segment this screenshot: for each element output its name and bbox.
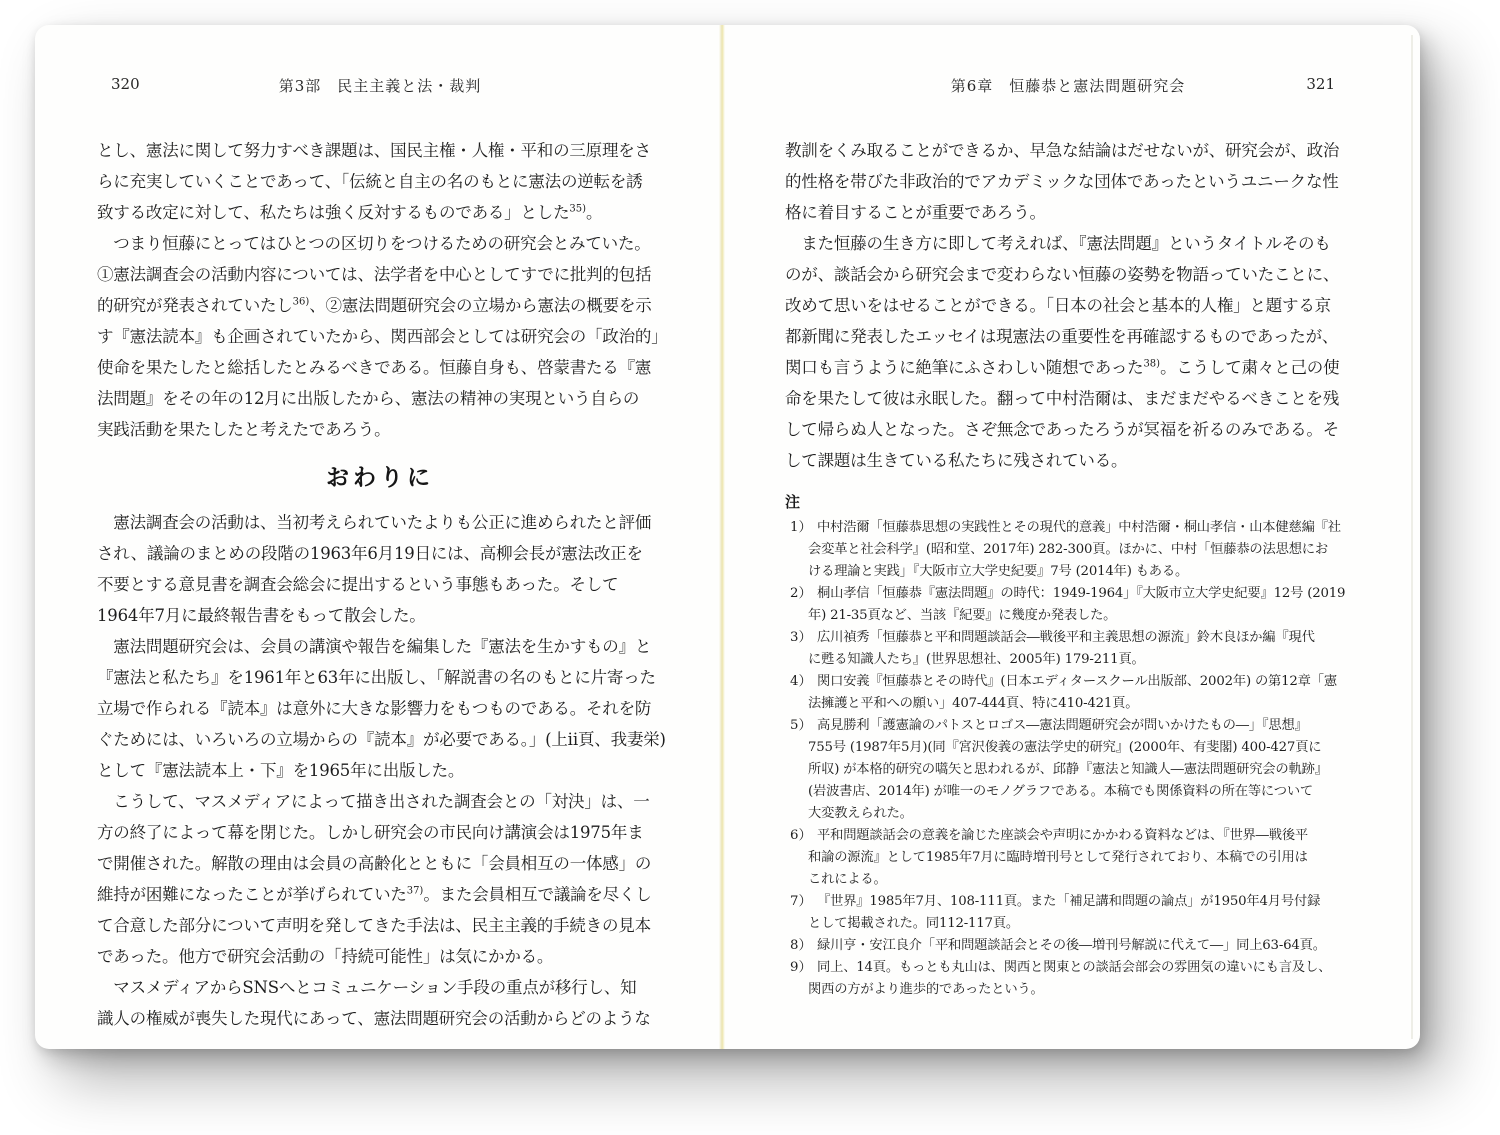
footnote-line: 年) 21-35頁など、当該『紀要』に幾度か発表した。	[808, 605, 1351, 627]
text-line: して帰らぬ人となった。さぞ無念であったろうが冥福を祈るのみである。そ	[785, 414, 1351, 445]
paragraph: とし、憲法に関して努力すべき課題は、国民主権・人権・平和の三原理をさらに充実して…	[97, 135, 663, 228]
paragraph: つまり恒藤にとってはひとつの区切りをつけるための研究会とみていた。①憲法調査会の…	[97, 228, 663, 445]
footnote-number: 4）	[790, 671, 817, 693]
footnote-line: 所収) が本格的研究の嚆矢と思われるが、邱静『憲法と知識人―憲法問題研究会の軌跡…	[808, 759, 1351, 781]
text-line: で開催された。解散の理由は会員の高齢化とともに「会員相互の一体感」の	[97, 848, 663, 879]
text-line: であった。他方で研究会活動の「持続可能性」は気にかかる。	[97, 941, 663, 972]
footnote: 8）緑川亨・安江良介「平和問題談話会とその後―増刊号解説に代えて―」同上63-6…	[790, 935, 1351, 957]
text-line: 的研究が発表されていたし36)、②憲法問題研究会の立場から憲法の概要を示	[97, 290, 663, 321]
footnote-line: 高見勝利「護憲論のパトスとロゴス―憲法問題研究会が問いかけたもの―」『思想』	[817, 715, 1351, 737]
scan-canvas: 320 第3部 民主主義と法・裁判 とし、憲法に関して努力すべき課題は、国民主権…	[0, 0, 1500, 1135]
page-gutter-fold	[719, 25, 725, 1049]
text-line: 教訓をくみ取ることができるか、早急な結論はだせないが、研究会が、政治	[785, 135, 1351, 166]
footnote: 2）桐山孝信「恒藤恭『憲法問題』の時代：1949-1964」『大阪市立大学史紀要…	[790, 583, 1351, 627]
footnote-number: 9）	[790, 957, 817, 979]
footnote-ref: 37)	[407, 886, 424, 897]
footnote-number: 6）	[790, 825, 817, 847]
text-line: 1964年7月に最終報告書をもって散会した。	[97, 600, 663, 631]
text-line: 的性格を帯びた非政治的でアカデミックな団体であったというユニークな性	[785, 166, 1351, 197]
paragraph: 憲法問題研究会は、会員の講演や報告を編集した『憲法を生かすもの』と『憲法と私たち…	[97, 631, 663, 786]
text-line: 都新聞に発表したエッセイは現憲法の重要性を再確認するものであったが、	[785, 321, 1351, 352]
page-right: 第6章 恒藤恭と憲法問題研究会 321 教訓をくみ取ることができるか、早急な結論…	[785, 25, 1351, 1049]
text-line: また恒藤の生き方に即して考えれば、『憲法問題』というタイトルそのも	[785, 228, 1351, 259]
text-line: 識人の権威が喪失した現代にあって、憲法問題研究会の活動からどのような	[97, 1003, 663, 1034]
footnote-line: 同上、14頁。もっとも丸山は、関西と関東との談話会部会の雰囲気の違いにも言及し、	[817, 957, 1351, 979]
text-line: らに充実していくことであって、「伝統と自主の名のもとに憲法の逆転を誘	[97, 166, 663, 197]
section-heading: おわりに	[97, 460, 663, 496]
text-line: として『憲法読本上・下』を1965年に出版した。	[97, 755, 663, 786]
footnote-number: 7）	[790, 891, 817, 913]
text-line: 方の終了によって幕を閉じた。しかし研究会の市民向け講演会は1975年ま	[97, 817, 663, 848]
paragraph: 教訓をくみ取ることができるか、早急な結論はだせないが、研究会が、政治的性格を帯び…	[785, 135, 1351, 228]
text-line: とし、憲法に関して努力すべき課題は、国民主権・人権・平和の三原理をさ	[97, 135, 663, 166]
footnote-number: 3）	[790, 627, 817, 649]
footnote-line: として掲載された。同112-117頁。	[808, 913, 1351, 935]
text-line: 憲法問題研究会は、会員の講演や報告を編集した『憲法を生かすもの』と	[97, 631, 663, 662]
footnote-number: 2）	[790, 583, 817, 605]
footnote-line: 桐山孝信「恒藤恭『憲法問題』の時代：1949-1964」『大阪市立大学史紀要』1…	[817, 583, 1351, 605]
text-line: され、議論のまとめの段階の1963年6月19日には、高柳会長が憲法改正を	[97, 538, 663, 569]
text-line: 法問題』をその年の12月に出版したから、憲法の精神の実現という自らの	[97, 383, 663, 414]
footnote-ref: 35)	[569, 204, 586, 215]
page-body-left: とし、憲法に関して努力すべき課題は、国民主権・人権・平和の三原理をさらに充実して…	[97, 135, 663, 1034]
running-head-right: 第6章 恒藤恭と憲法問題研究会 321	[785, 75, 1351, 97]
paragraph: マスメディアからSNSへとコミュニケーション手段の重点が移行し、知識人の権威が喪…	[97, 972, 663, 1034]
text-line: 命を果たして彼は永眠した。翻って中村浩爾は、まだまだやるべきことを残	[785, 383, 1351, 414]
text-line: ①憲法調査会の活動内容については、法学者を中心としてすでに批判的包括	[97, 259, 663, 290]
footnote-line: 755号 (1987年5月)(同『宮沢俊義の憲法学史的研究』(2000年、有斐閣…	[808, 737, 1351, 759]
footnote-line: 大変教えられた。	[808, 803, 1351, 825]
footnote-line: 関口安義『恒藤恭とその時代』(日本エディタースクール出版部、2002年) の第1…	[817, 671, 1351, 693]
text-line: 致する改定に対して、私たちは強く反対するものである」とした35)。	[97, 197, 663, 228]
footnote-line: 和論の源流』として1985年7月に臨時増刊号として発行されており、本稿での引用は	[808, 847, 1351, 869]
page-number-right: 321	[1306, 75, 1335, 93]
text-line: 『憲法と私たち』を1961年と63年に出版し、「解説書の名のもとに片寄った	[97, 662, 663, 693]
footnote-ref: 38)	[1143, 359, 1160, 370]
footnote-line: これによる。	[808, 869, 1351, 891]
text-line: 関口も言うように絶筆にふさわしい随想であった38)。こうして粛々と己の使	[785, 352, 1351, 383]
text-line: 憲法調査会の活動は、当初考えられていたよりも公正に進められたと評価	[97, 507, 663, 538]
footnote: 7）『世界』1985年7月、108-111頁。また「補足講和問題の論点」が195…	[790, 891, 1351, 935]
running-title-left: 第3部 民主主義と法・裁判	[97, 75, 663, 96]
footnote-number: 5）	[790, 715, 817, 737]
footnote: 9）同上、14頁。もっとも丸山は、関西と関東との談話会部会の雰囲気の違いにも言及…	[790, 957, 1351, 1001]
footnote-number: 1）	[790, 517, 817, 539]
footnote: 3）広川禎秀「恒藤恭と平和問題談話会―戦後平和主義思想の源流」鈴木良ほか編『現代…	[790, 627, 1351, 671]
text-line: のが、談話会から研究会まで変わらない恒藤の姿勢を物語っていたことに、	[785, 259, 1351, 290]
footnote-line: に甦る知識人たち』(世界思想社、2005年) 179-211頁。	[808, 649, 1351, 671]
paragraph: こうして、マスメディアによって描き出された調査会との「対決」は、一方の終了によっ…	[97, 786, 663, 972]
text-line: 立場で作られる『読本』は意外に大きな影響力をもつものである。それを防	[97, 693, 663, 724]
footnote-line: ける理論と実践」『大阪市立大学史紀要』7号 (2014年) もある。	[808, 561, 1351, 583]
text-line: 不要とする意見書を調査会総会に提出するという事態もあった。そして	[97, 569, 663, 600]
page-left: 320 第3部 民主主義と法・裁判 とし、憲法に関して努力すべき課題は、国民主権…	[97, 25, 663, 1049]
text-line: つまり恒藤にとってはひとつの区切りをつけるための研究会とみていた。	[97, 228, 663, 259]
text-line: 実践活動を果たしたと考えたであろう。	[97, 414, 663, 445]
footnote-line: 法擁護と平和への願い」407-444頁、特に410-421頁。	[808, 693, 1351, 715]
text-line: 維持が困難になったことが挙げられていた37)。また会員相互で議論を尽くし	[97, 879, 663, 910]
running-title-right: 第6章 恒藤恭と憲法問題研究会	[785, 75, 1351, 96]
footnote-line: 関西の方がより進歩的であったという。	[808, 979, 1351, 1001]
notes-list: 1）中村浩爾「恒藤恭思想の実践性とその現代的意義」中村浩爾・桐山孝信・山本健慈編…	[790, 517, 1351, 1001]
footnote: 6）平和問題談話会の意義を論じた座談会や声明にかかわる資料などは、『世界―戦後平…	[790, 825, 1351, 891]
text-line: す『憲法読本』も企画されていたから、関西部会としては研究会の「政治的」	[97, 321, 663, 352]
text-line: 格に着目することが重要であろう。	[785, 197, 1351, 228]
text-line: 使命を果たしたと総括したとみるべきである。恒藤自身も、啓蒙書たる『憲	[97, 352, 663, 383]
footnote: 4）関口安義『恒藤恭とその時代』(日本エディタースクール出版部、2002年) の…	[790, 671, 1351, 715]
footnote-line: 『世界』1985年7月、108-111頁。また「補足講和問題の論点」が1950年…	[817, 891, 1351, 913]
footnote-line: 緑川亨・安江良介「平和問題談話会とその後―増刊号解説に代えて―」同上63-64頁…	[817, 935, 1351, 957]
footnote-line: 広川禎秀「恒藤恭と平和問題談話会―戦後平和主義思想の源流」鈴木良ほか編『現代	[817, 627, 1351, 649]
footnote-ref: 36)	[293, 297, 310, 308]
text-line: ぐためには、いろいろの立場からの『読本』が必要である。」(上ⅱ頁、我妻栄)	[97, 724, 663, 755]
footnote: 5）高見勝利「護憲論のパトスとロゴス―憲法問題研究会が問いかけたもの―」『思想』…	[790, 715, 1351, 825]
page-edge	[1411, 35, 1413, 1039]
footnote-line: (岩波書店、2014年) が唯一のモノグラフである。本稿でも関係資料の所在等につ…	[808, 781, 1351, 803]
notes-header: 注	[785, 490, 1351, 514]
text-line: て合意した部分について声明を発してきた手法は、民主主義的手続きの見本	[97, 910, 663, 941]
footnote-line: 会変革と社会科学』(昭和堂、2017年) 282-300頁。ほかに、中村「恒藤恭…	[808, 539, 1351, 561]
book-spread: 320 第3部 民主主義と法・裁判 とし、憲法に関して努力すべき課題は、国民主権…	[35, 25, 1420, 1049]
text-line: して課題は生きている私たちに残されている。	[785, 445, 1351, 476]
text-line: マスメディアからSNSへとコミュニケーション手段の重点が移行し、知	[97, 972, 663, 1003]
footnote: 1）中村浩爾「恒藤恭思想の実践性とその現代的意義」中村浩爾・桐山孝信・山本健慈編…	[790, 517, 1351, 583]
text-line: 改めて思いをはせることができる。「日本の社会と基本的人権」と題する京	[785, 290, 1351, 321]
paragraph: 憲法調査会の活動は、当初考えられていたよりも公正に進められたと評価され、議論のま…	[97, 507, 663, 631]
footnote-line: 中村浩爾「恒藤恭思想の実践性とその現代的意義」中村浩爾・桐山孝信・山本健慈編『社	[817, 517, 1351, 539]
footnote-line: 平和問題談話会の意義を論じた座談会や声明にかかわる資料などは、『世界―戦後平	[817, 825, 1351, 847]
page-body-right: 教訓をくみ取ることができるか、早急な結論はだせないが、研究会が、政治的性格を帯び…	[785, 135, 1351, 1001]
text-line: こうして、マスメディアによって描き出された調査会との「対決」は、一	[97, 786, 663, 817]
footnote-number: 8）	[790, 935, 817, 957]
running-head-left: 320 第3部 民主主義と法・裁判	[97, 75, 663, 97]
paragraph: また恒藤の生き方に即して考えれば、『憲法問題』というタイトルそのものが、談話会か…	[785, 228, 1351, 476]
